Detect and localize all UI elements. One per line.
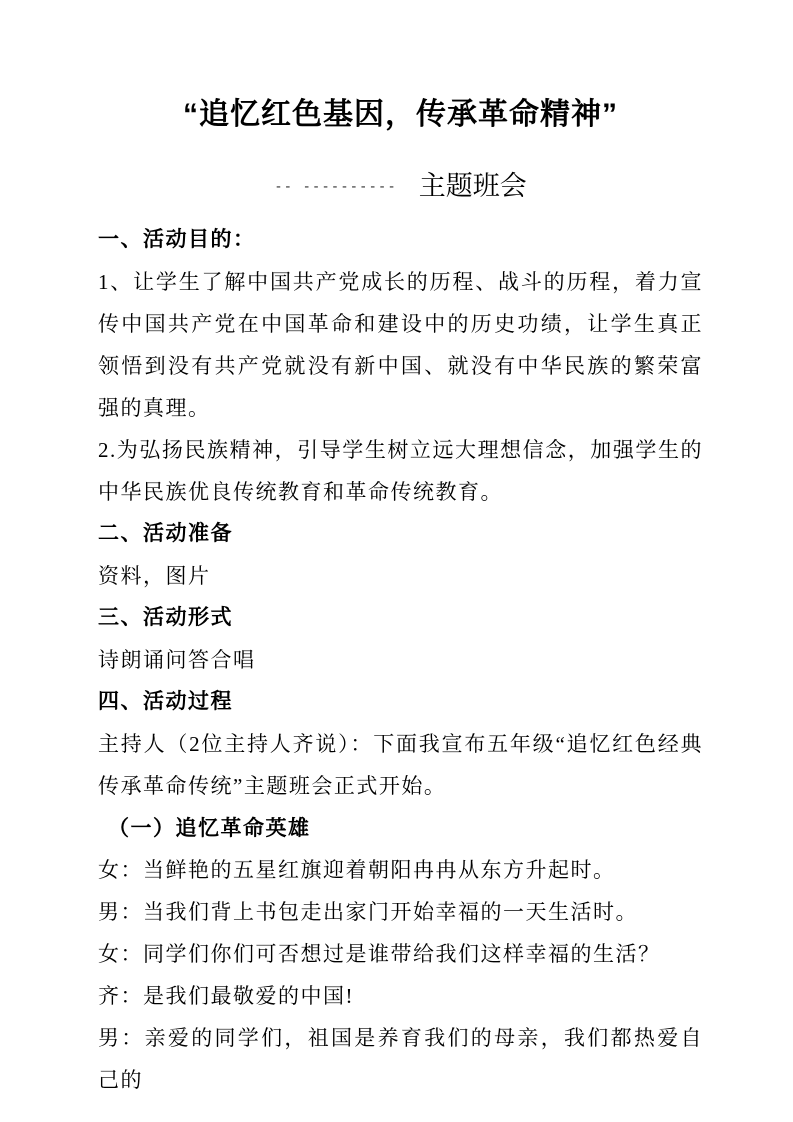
subtitle-dashes: -- ----------	[274, 169, 397, 205]
paragraph-purpose-2: 2.为弘扬民族精神，引导学生树立远大理想信念，加强学生的中华民族优良传统教育和革…	[98, 429, 703, 513]
section-heading-activity-format: 三、活动形式	[98, 597, 703, 639]
section-heading-activity-process: 四、活动过程	[98, 681, 703, 723]
paragraph-format: 诗朗诵问答合唱	[98, 639, 703, 681]
subsection-heading-recall-heroes: （一）追忆革命英雄	[98, 807, 703, 849]
dialog-line-female-1: 女：当鲜艳的五星红旗迎着朝阳冉冉从东方升起时。	[98, 849, 703, 891]
paragraph-preparation: 资料，图片	[98, 555, 703, 597]
subtitle-label: 主题班会	[419, 171, 527, 201]
document-page: “追忆红色基因，传承革命精神” -- ----------主题班会 一、活动目的…	[0, 0, 793, 1122]
dialog-line-together: 齐：是我们最敬爱的中国!	[98, 975, 703, 1017]
section-heading-activity-purpose: 一、活动目的：	[98, 219, 703, 261]
paragraph-host-announcement: 主持人（2位主持人齐说）：下面我宣布五年级“追忆红色经典传承革命传统”主题班会正…	[98, 723, 703, 807]
section-heading-activity-preparation: 二、活动准备	[98, 513, 703, 555]
dialog-line-male-2: 男：亲爱的同学们，祖国是养育我们的母亲，我们都热爱自己的	[98, 1017, 703, 1101]
dialog-line-male-1: 男：当我们背上书包走出家门开始幸福的一天生活时。	[98, 891, 703, 933]
paragraph-purpose-1: 1、让学生了解中国共产党成长的历程、战斗的历程，着力宣传中国共产党在中国革命和建…	[98, 261, 703, 429]
document-subtitle: -- ----------主题班会	[98, 168, 703, 205]
dialog-line-female-2: 女：同学们你们可否想过是谁带给我们这样幸福的生活？	[98, 933, 703, 975]
document-title: “追忆红色基因，传承革命精神”	[98, 96, 703, 134]
